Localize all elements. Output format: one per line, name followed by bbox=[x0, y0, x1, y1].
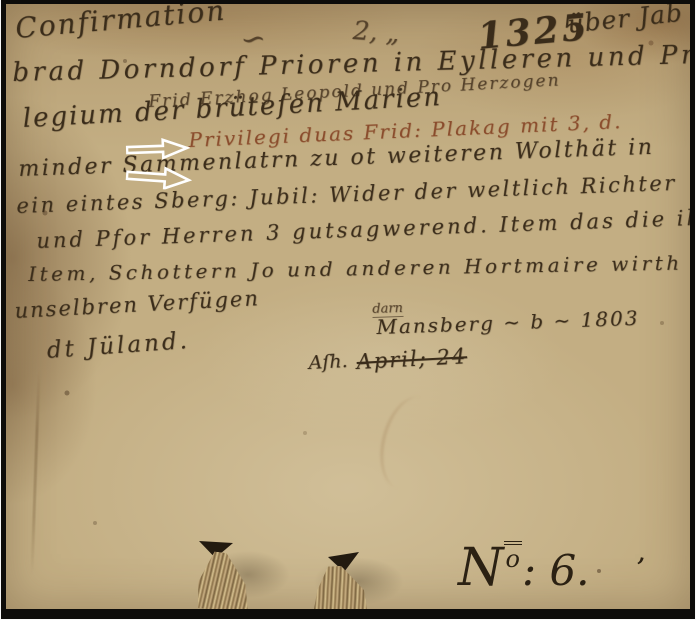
manuscript-line: Aſh. bbox=[308, 350, 348, 374]
stain-specks bbox=[6, 4, 8, 6]
archive-number: No: 6. bbox=[458, 538, 590, 598]
right-arrow-icon bbox=[126, 137, 191, 161]
year-suffix: über Jab bbox=[566, 4, 684, 39]
archive-number-value: : 6. bbox=[522, 546, 590, 595]
heading-confirmation: Confirmation bbox=[14, 4, 227, 45]
scanned-document-page: Confirmation ∽ 2, „ 1325 über Jab brad D… bbox=[0, 0, 696, 620]
stray-comma-mark: ’ bbox=[630, 551, 647, 587]
archive-number-superscript: o bbox=[504, 541, 522, 573]
archive-number-n: N bbox=[458, 538, 504, 598]
manuscript-line: Item, Schottern Jo und anderen Hortmaire… bbox=[28, 251, 683, 286]
right-arrow-icon bbox=[125, 163, 193, 192]
squiggle-mark: 2, „ bbox=[352, 16, 401, 49]
parchment-scan: Confirmation ∽ 2, „ 1325 über Jab brad D… bbox=[6, 4, 690, 609]
struck-date: April; 24 bbox=[356, 344, 468, 374]
manuscript-line: Mansberg ∼ b ∼ 1803 bbox=[376, 306, 640, 339]
fold-crease bbox=[30, 370, 40, 575]
manuscript-line: unselbren Verfügen bbox=[14, 286, 260, 323]
manuscript-line: dt Jüland. bbox=[46, 328, 191, 364]
faint-ink-bleed bbox=[371, 391, 447, 496]
